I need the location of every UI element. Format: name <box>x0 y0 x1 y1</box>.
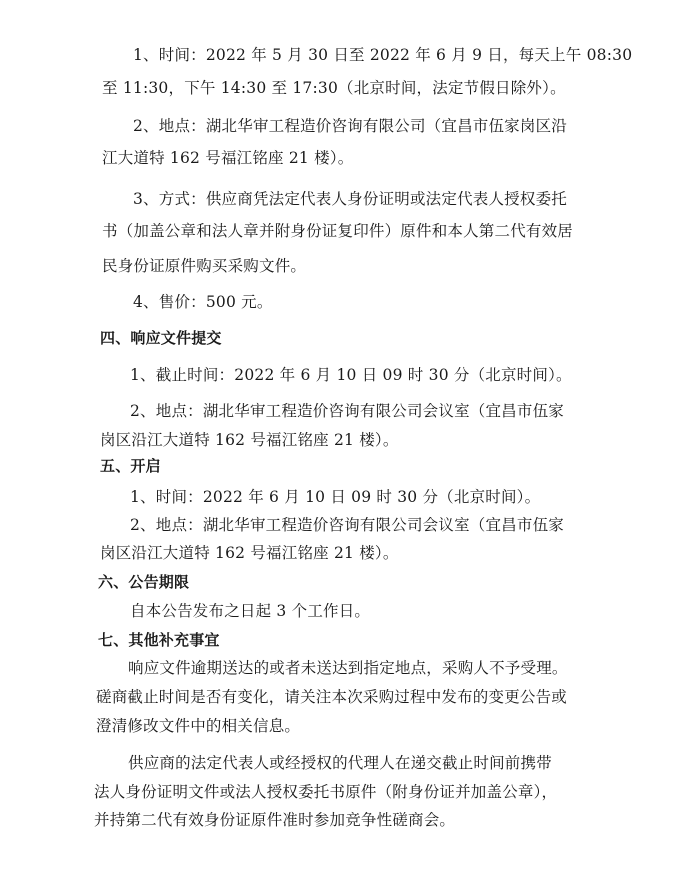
section-heading: 六、公告期限 <box>98 572 189 592</box>
text-line: 1、时间：2022 年 6 月 10 日 09 时 30 分（北京时间）。 <box>130 487 540 507</box>
text-line: 岗区沿江大道特 162 号福江铭座 21 楼）。 <box>100 430 399 450</box>
text-line: 澄清修改文件中的相关信息。 <box>96 716 300 736</box>
text-line: 2、地点：湖北华审工程造价咨询有限公司（宜昌市伍家岗区沿 <box>133 116 567 136</box>
text-line: 响应文件逾期送达的或者未送达到指定地点，采购人不予受理。 <box>128 658 568 678</box>
text-line: 法人身份证明文件或法人授权委托书原件（附身份证并加盖公章）， <box>94 782 557 802</box>
text-line: 4、售价：500 元。 <box>133 292 273 312</box>
text-line: 3、方式：供应商凭法定代表人身份证明或法定代表人授权委托 <box>133 189 567 209</box>
text-line: 岗区沿江大道特 162 号福江铭座 21 楼）。 <box>100 543 399 563</box>
text-line: 2、地点：湖北华审工程造价咨询有限公司会议室（宜昌市伍家 <box>130 515 564 535</box>
text-line: 民身份证原件购买采购文件。 <box>102 256 306 276</box>
text-line: 江大道特 162 号福江铭座 21 楼）。 <box>102 148 353 168</box>
text-line: 供应商的法定代表人或经授权的代理人在递交截止时间前携带 <box>128 753 552 773</box>
text-line: 并持第二代有效身份证原件准时参加竞争性磋商会。 <box>94 810 455 830</box>
text-line: 1、时间：2022 年 5 月 30 日至 2022 年 6 月 9 日，每天上… <box>133 45 632 65</box>
text-line: 至 11:30，下午 14:30 至 17:30（北京时间，法定节假日除外）。 <box>102 78 566 98</box>
text-line: 2、地点：湖北华审工程造价咨询有限公司会议室（宜昌市伍家 <box>130 401 564 421</box>
text-line: 1、截止时间：2022 年 6 月 10 日 09 时 30 分（北京时间）。 <box>130 365 572 385</box>
text-line: 书（加盖公章和法人章并附身份证复印件）原件和本人第二代有效居 <box>102 221 573 241</box>
text-line: 磋商截止时间是否有变化，请关注本次采购过程中发布的变更公告或 <box>96 687 567 707</box>
section-heading: 七、其他补充事宜 <box>98 630 220 650</box>
section-heading: 五、开启 <box>100 456 161 476</box>
text-line: 自本公告发布之日起 3 个工作日。 <box>130 601 370 621</box>
section-heading: 四、响应文件提交 <box>100 328 222 348</box>
